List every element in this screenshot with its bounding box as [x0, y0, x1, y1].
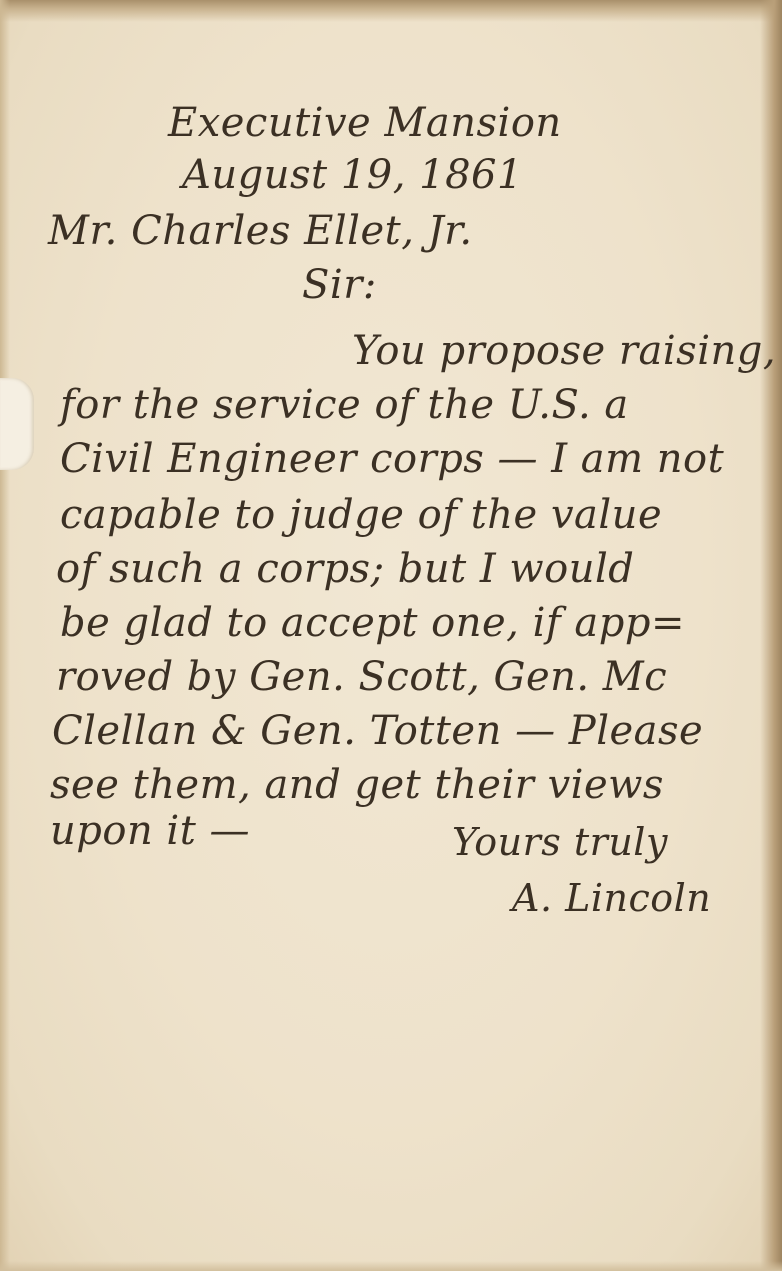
signature: A. Lincoln [512, 876, 711, 920]
aged-top-edge [0, 0, 782, 22]
closing: Yours truly [452, 820, 668, 864]
letter-date: August 19, 1861 [182, 152, 523, 198]
body-line: upon it — [50, 808, 250, 854]
aged-bottom-edge [0, 1261, 782, 1271]
body-line: Clellan & Gen. Totten — Please [52, 708, 703, 754]
body-line: be glad to accept one, if app= [60, 600, 685, 646]
letter-page: Executive Mansion August 19, 1861 Mr. Ch… [0, 0, 782, 1271]
body-line: roved by Gen. Scott, Gen. Mc [56, 654, 667, 700]
body-line: see them, and get their views [50, 762, 664, 808]
aged-right-edge [760, 0, 782, 1271]
body-line: Civil Engineer corps — I am not [60, 436, 724, 482]
letterhead-place: Executive Mansion [168, 100, 562, 146]
recipient: Mr. Charles Ellet, Jr. [48, 208, 473, 254]
paper-notch [0, 378, 34, 470]
salutation: Sir: [302, 262, 377, 308]
body-line: of such a corps; but I would [56, 546, 634, 592]
body-line: capable to judge of the value [60, 492, 662, 538]
body-line: You propose raising, [352, 328, 776, 374]
body-line: for the service of the U.S. a [60, 382, 629, 428]
aged-left-edge [0, 0, 10, 1271]
